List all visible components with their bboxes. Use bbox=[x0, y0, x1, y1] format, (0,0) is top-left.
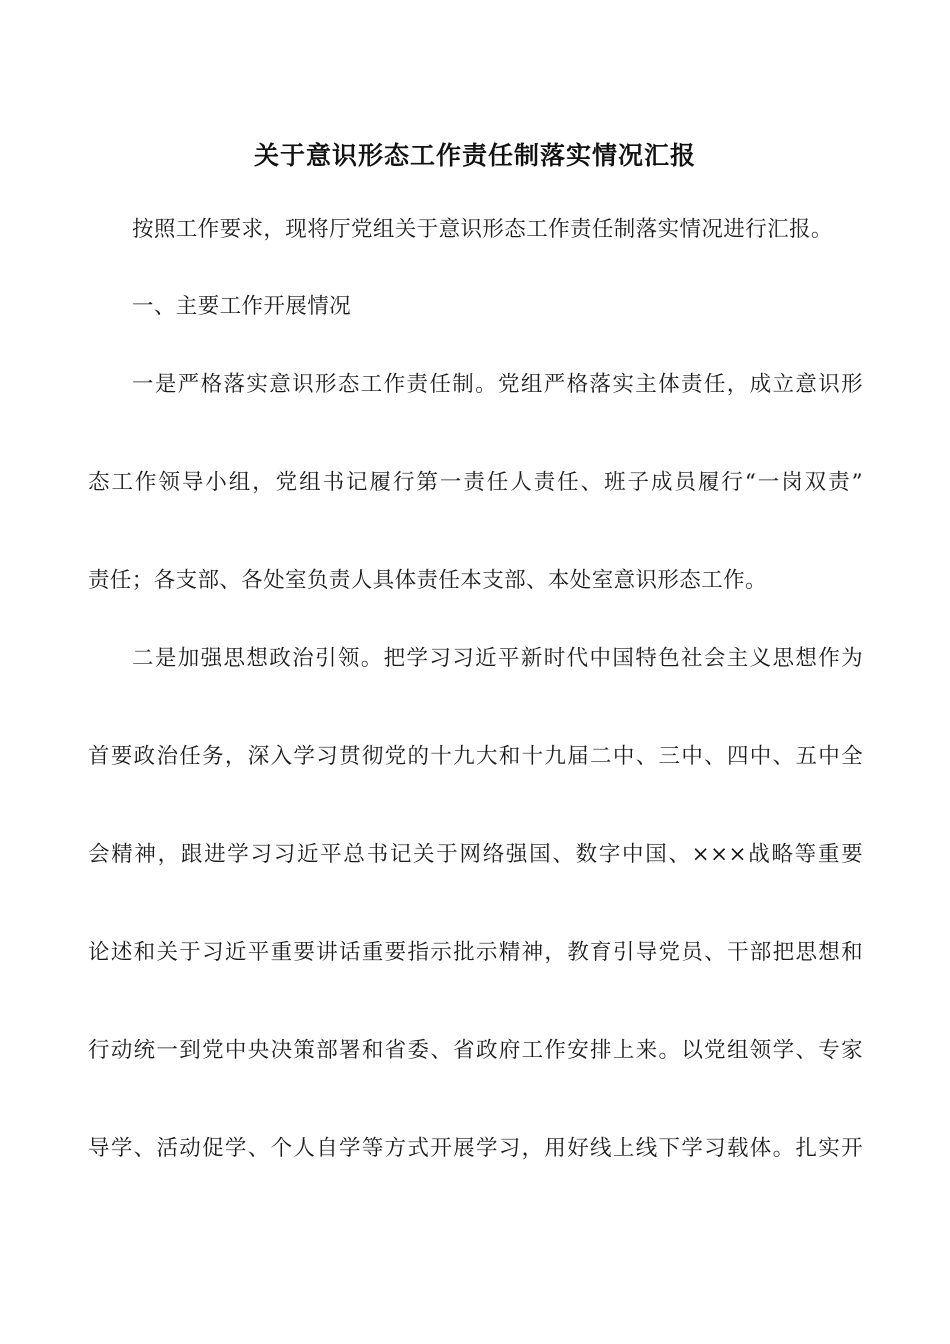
paragraph-2-line-6: 导学、活动促学、个人自学等方式开展学习，用好线上线下学习载体。扎实开 bbox=[88, 1134, 863, 1164]
paragraph-2-line-4: 论述和关于习近平重要讲话重要指示批示精神，教育引导党员、干部把思想和 bbox=[88, 938, 863, 968]
paragraph-1-line-1: 一是严格落实意识形态工作责任制。党组严格落实主体责任，成立意识形 bbox=[132, 370, 863, 400]
section-heading-main-work: 一、主要工作开展情况 bbox=[132, 292, 863, 322]
document-title: 关于意识形态工作责任制落实情况汇报 bbox=[0, 136, 950, 172]
paragraph-2-line-5: 行动统一到党中央决策部署和省委、省政府工作安排上来。以党组领学、专家 bbox=[88, 1036, 863, 1066]
paragraph-1-line-3: 责任；各支部、各处室负责人具体责任本支部、本处室意识形态工作。 bbox=[88, 566, 863, 596]
paragraph-2-line-1: 二是加强思想政治引领。把学习习近平新时代中国特色社会主义思想作为 bbox=[132, 644, 863, 674]
document-page: 关于意识形态工作责任制落实情况汇报 按照工作要求，现将厅党组关于意识形态工作责任… bbox=[0, 0, 950, 1344]
paragraph-1-line-2: 态工作领导小组，党组书记履行第一责任人责任、班子成员履行“一岗双责” bbox=[88, 468, 863, 498]
intro-paragraph: 按照工作要求，现将厅党组关于意识形态工作责任制落实情况进行汇报。 bbox=[132, 215, 863, 245]
paragraph-2-line-3: 会精神，跟进学习习近平总书记关于网络强国、数字中国、×××战略等重要 bbox=[88, 840, 863, 870]
paragraph-2-line-2: 首要政治任务，深入学习贯彻党的十九大和十九届二中、三中、四中、五中全 bbox=[88, 742, 863, 772]
